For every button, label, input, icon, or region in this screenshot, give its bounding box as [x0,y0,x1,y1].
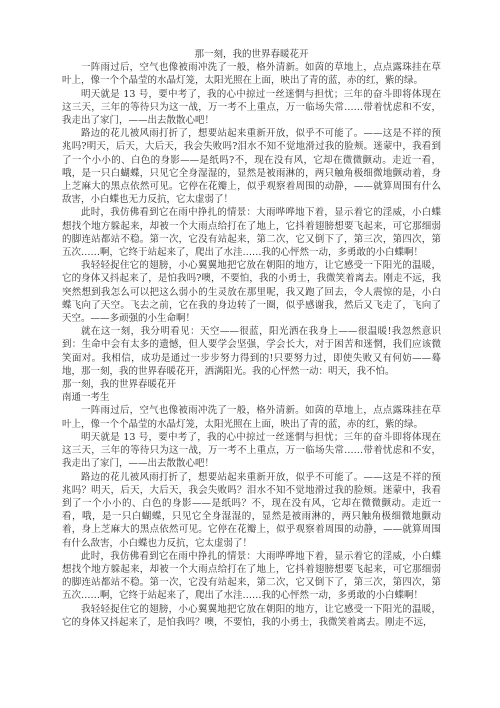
essay-byline: 南通一考生 [62,391,441,404]
essay-paragraph-1: 一阵雨过后，空气也像被雨冲洗了一般，格外清新。如茵的草地上，点点露珠挂在草叶上，… [62,61,441,87]
essay-paragraph-3: 路边的花儿被风雨打折了，想要站起来重新开放，似乎不可能了。——这是不祥的预兆吗?… [62,127,441,206]
essay-repeat-paragraph-3: 路边的花儿被风雨打折了，想要站起来重新开放，似乎不可能了。——这是不祥的预兆吗？… [62,471,441,550]
essay-repeat-paragraph-1: 一阵雨过后，空气也像被雨冲洗了一般，格外清新。如茵的草地上，点点露珠挂在草叶上，… [62,404,441,430]
essay-repeat-paragraph-5: 我轻轻捉住它的翅膀，小心翼翼地把它放在朝阳的地方，让它感受一下阳光的温暖，它的身… [62,603,441,629]
document-page: 那一刻，我的世界春暖花开 一阵雨过后，空气也像被雨冲洗了一般，格外清新。如茵的草… [0,0,500,708]
essay-title: 那一刻，我的世界春暖花开 [62,48,441,61]
essay-repeat-paragraph-4: 此时，我仿佛看到它在雨中挣扎的情景：大雨哗哗地下着，显示着它的淫威，小白蝶想找个… [62,550,441,603]
essay-paragraph-6: 就在这一刻，我分明看见：天空——很蓝，阳光洒在我身上——很温暖!我忽然意识到：生… [62,325,441,378]
essay-paragraph-5: 我轻轻捉住它的翅膀，小心翼翼地把它放在朝阳的地方，让它感受一下阳光的温暖，它的身… [62,259,441,325]
essay-repeat-title: 那一刻，我的世界春暖花开 [62,378,441,391]
essay-paragraph-4: 此时，我仿佛看到它在雨中挣扎的情景：大雨哗哗地下着，显示着它的淫威，小白蝶想找个… [62,206,441,259]
essay-paragraph-2: 明天就是 13 号，要中考了，我的心中掠过一丝迷惘与担忧；三年的奋斗即将体现在这… [62,88,441,128]
essay-repeat-paragraph-2: 明天就是 13 号，要中考了，我的心中掠过一丝迷惘与担忧；三年的奋斗即将体现在这… [62,431,441,471]
